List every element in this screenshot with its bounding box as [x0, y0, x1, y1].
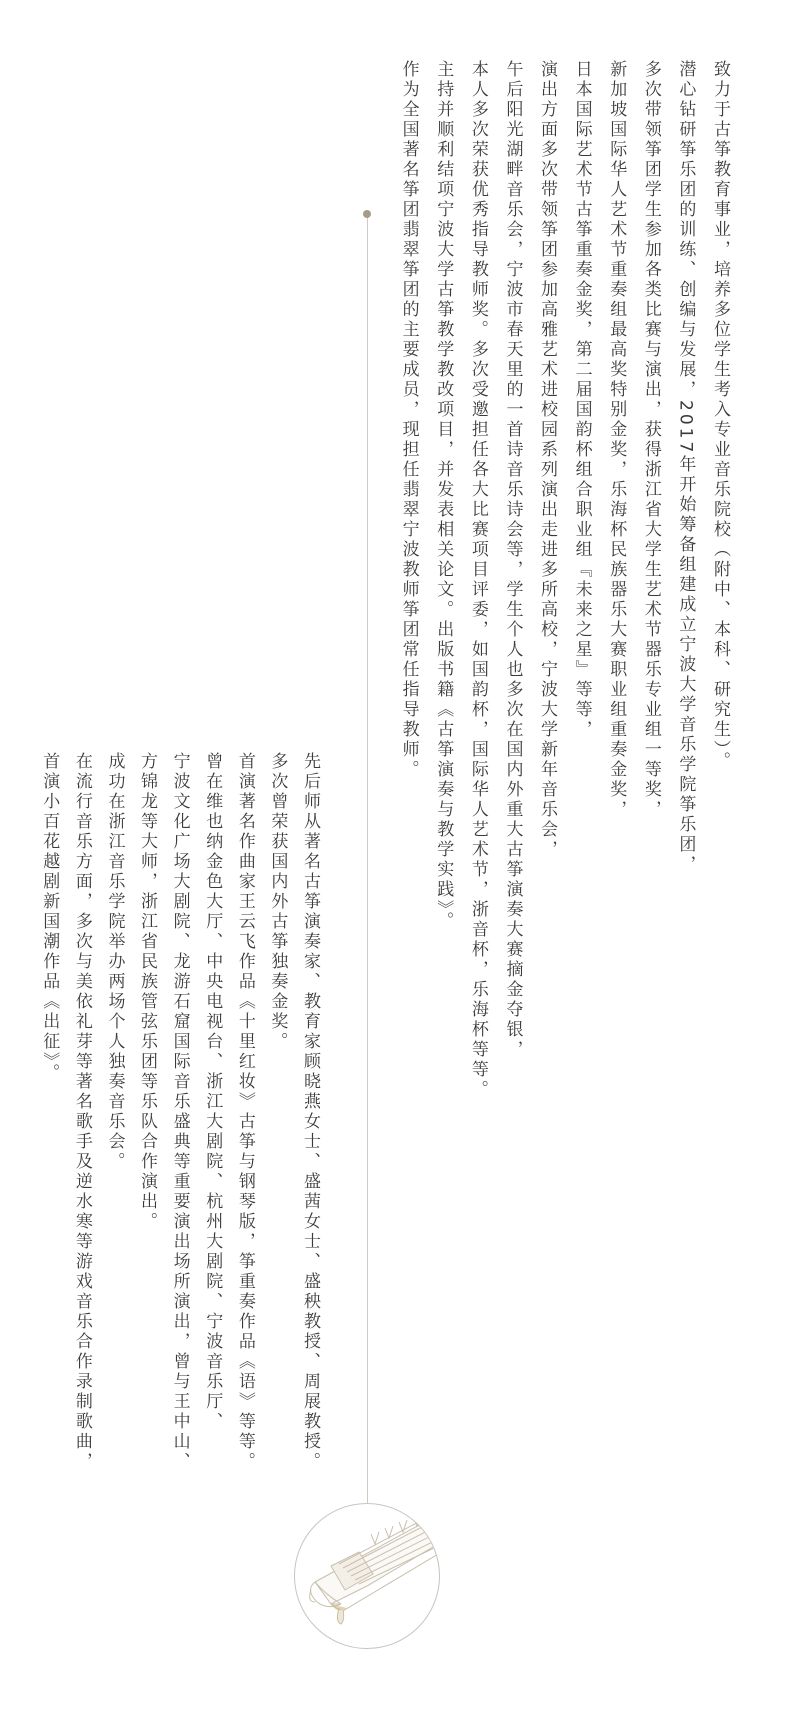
text-column: 主持并顺利结项宁波大学古筝教学教改项目，并发表相关论文。出版书籍《古筝演奏与教学… [426, 60, 461, 1100]
text-column: 宁波文化广场大剧院、龙游石窟国际音乐盛典等重要演出场所演出，曾与王中山、 [163, 752, 196, 1472]
text-column: 日本国际艺术节古筝重奏金奖，第二届国韵杯组合职业组『未来之星』等等， [564, 60, 599, 1100]
timeline-line [367, 214, 368, 1504]
text-column: 新加坡国际华人艺术节重奏组最高奖特别金奖，乐海杯民族器乐大赛职业组重奏金奖， [599, 60, 634, 1100]
text-column: 首演著名作曲家王云飞作品《十里红妆》古筝与钢琴版，筝重奏作品《语》等等。 [228, 752, 261, 1472]
text-column: 午后阳光湖畔音乐会，宁波市春天里的一首诗音乐诗会等，学生个人也多次在国内外重大古… [495, 60, 530, 1100]
text-column: 首演小百花越剧新国潮作品《出征》。 [33, 752, 66, 1472]
text-column: 演出方面多次带领筝团参加高雅艺术进校园系列演出走进多所高校，宁波大学新年音乐会， [529, 60, 564, 1100]
biography-teaching-text: 致力于古筝教育事业，培养多位学生考入专业音乐院校（附中、本科、研究生）。 潜心钻… [391, 60, 737, 1100]
text-column: 致力于古筝教育事业，培养多位学生考入专业音乐院校（附中、本科、研究生）。 [702, 60, 737, 1100]
text-column: 成功在浙江音乐学院举办两场个人独奏音乐会。 [98, 752, 131, 1472]
text-column: 在流行音乐方面，多次与美依礼芽等著名歌手及逆水寒等游戏音乐合作录制歌曲， [65, 752, 98, 1472]
text-column: 潜心钻研筝乐团的训练、创编与发展，2017年开始筹备组建成立宁波大学音乐学院筝乐… [668, 60, 703, 1100]
timeline-dot [363, 210, 371, 218]
text-column: 多次曾荣获国内外古筝独奏金奖。 [261, 752, 294, 1472]
text-column: 先后师从著名古筝演奏家、教育家顾晓燕女士、盛茜女士、盛秧教授、周展教授。 [293, 752, 326, 1472]
text-column: 方锦龙等大师，浙江省民族管弦乐团等乐队合作演出。 [130, 752, 163, 1472]
guzheng-medallion [294, 1503, 440, 1649]
text-column: 曾在维也纳金色大厅、中央电视台、浙江大剧院、杭州大剧院、宁波音乐厅、 [196, 752, 229, 1472]
biography-performance-text: 先后师从著名古筝演奏家、教育家顾晓燕女士、盛茜女士、盛秧教授、周展教授。 多次曾… [33, 752, 326, 1472]
text-column: 多次带领筝团学生参加各类比赛与演出，获得浙江省大学生艺术节器乐专业组一等奖， [633, 60, 668, 1100]
guzheng-icon [295, 1504, 440, 1649]
text-column: 作为全国著名筝团翡翠筝团的主要成员，现担任翡翠宁波教师筝团常任指导教师。 [391, 60, 426, 1100]
text-column: 本人多次荣获优秀指导教师奖。多次受邀担任各大比赛项目评委，如国韵杯，国际华人艺术… [460, 60, 495, 1100]
